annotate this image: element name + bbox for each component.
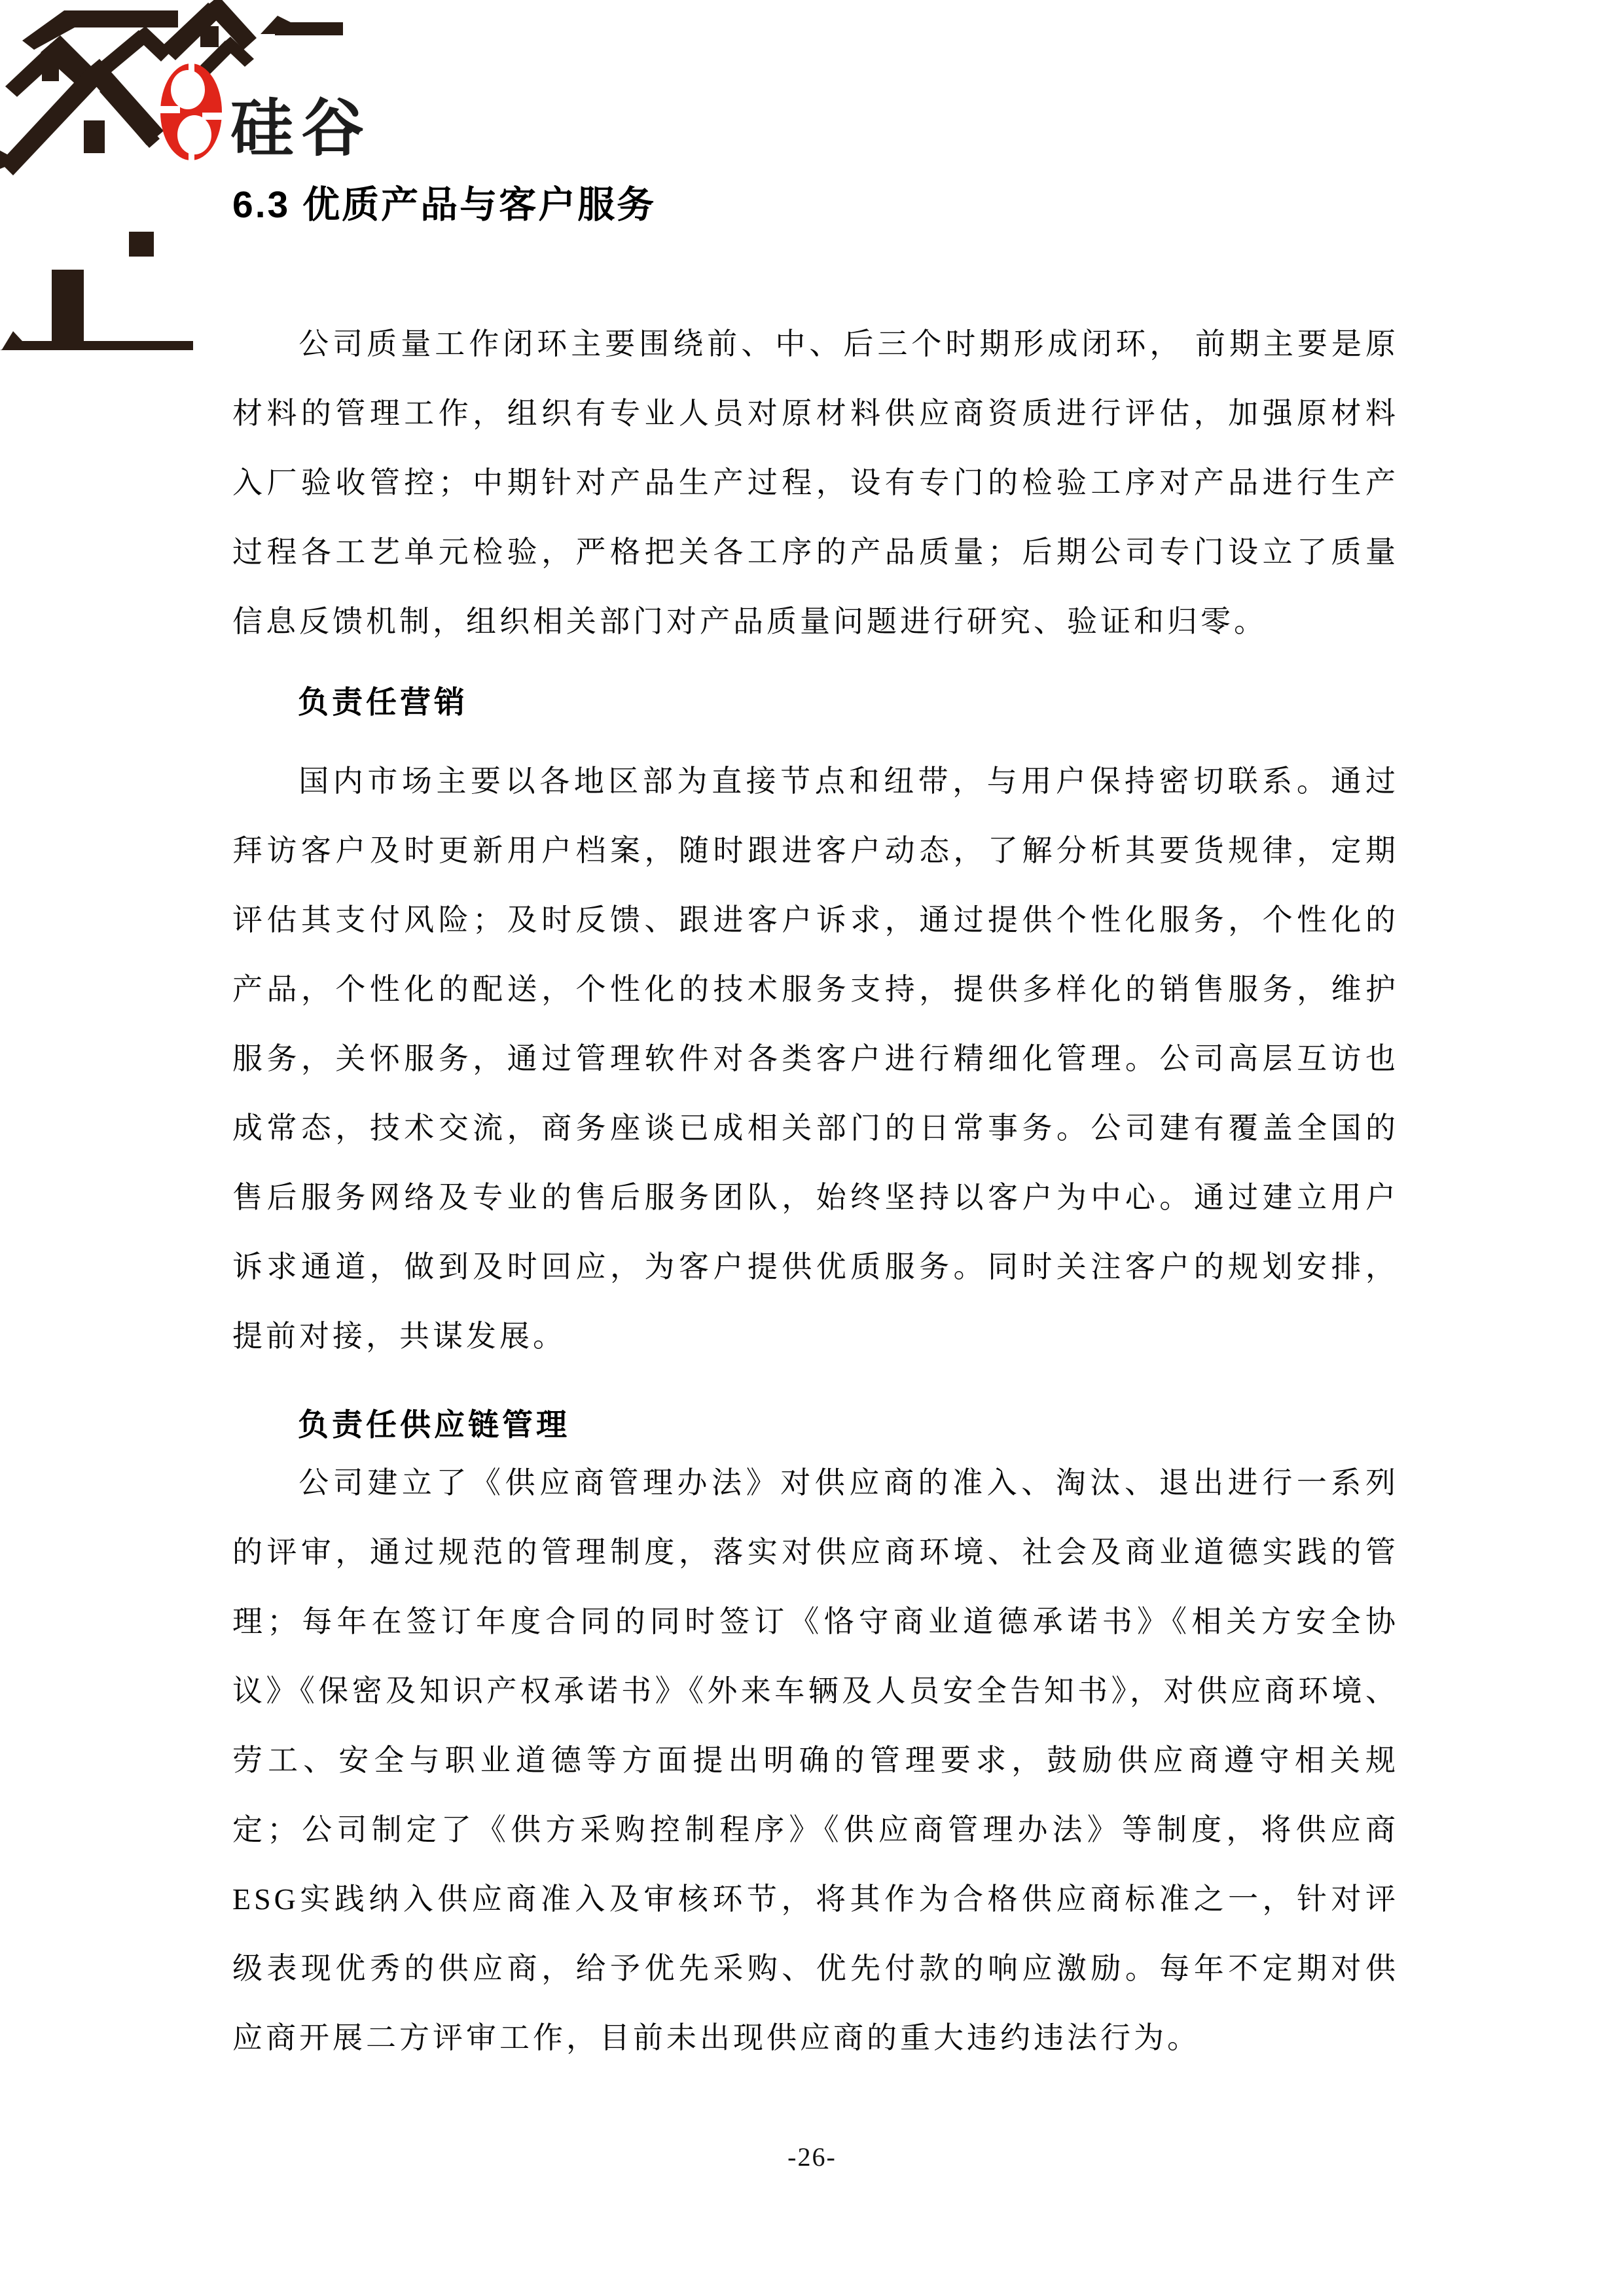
responsible-supply-chain-paragraph: 公司建立了《供应商管理办法》对供应商的准入、淘汰、退出进行一系列的评审，通过规范… <box>232 1448 1399 2073</box>
section-heading: 6.3 优质产品与客户服务 <box>232 182 1399 228</box>
document-page: 硅谷 6.3 优质产品与客户服务 公司质量工作闭环主要围绕前、中、后三个时期形成… <box>0 0 1624 2296</box>
brand-emblem <box>159 62 223 163</box>
responsible-marketing-heading: 负责任营销 <box>298 680 1399 726</box>
responsible-supply-chain-heading: 负责任供应链管理 <box>298 1403 1399 1448</box>
responsible-marketing-paragraph: 国内市场主要以各地区部为直接节点和纽带，与用户保持密切联系。通过拜访客户及时更新… <box>232 747 1399 1371</box>
document-content: 6.3 优质产品与客户服务 公司质量工作闭环主要围绕前、中、后三个时期形成闭环，… <box>232 182 1399 2073</box>
quality-closed-loop-paragraph: 公司质量工作闭环主要围绕前、中、后三个时期形成闭环， 前期主要是原材料的管理工作… <box>232 310 1399 656</box>
page-number: -26- <box>0 2142 1624 2172</box>
brand-name: 硅谷 <box>230 79 372 168</box>
